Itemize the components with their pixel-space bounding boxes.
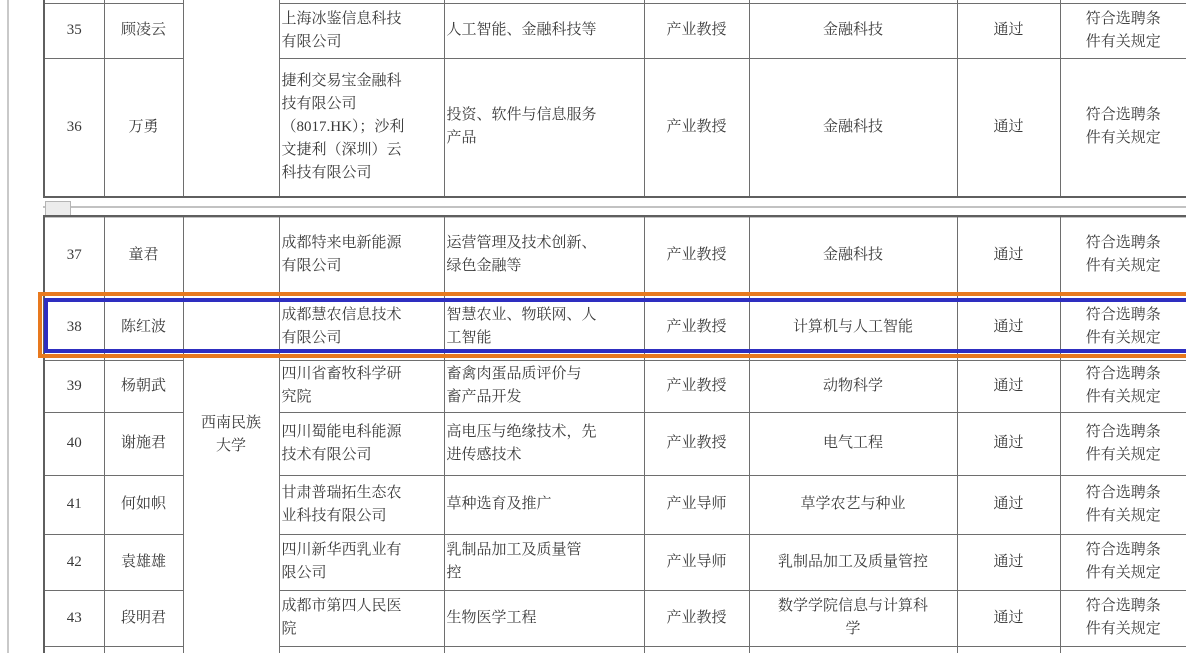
stub-cell bbox=[957, 646, 1060, 653]
cell-company: 四川新华西乳业有 限公司 bbox=[279, 534, 444, 590]
table-row: 37 童君 西南民族 大学 成都特来电新能源 有限公司 运营管理及技术创新、 绿… bbox=[44, 216, 1186, 294]
cell-position: 产业教授 bbox=[644, 294, 749, 360]
cell-position: 产业教授 bbox=[644, 58, 749, 197]
cell-company: 成都慧农信息技术 有限公司 bbox=[279, 294, 444, 360]
cell-note: 符合选聘条 件有关规定 bbox=[1060, 216, 1186, 294]
cell-name: 陈红波 bbox=[104, 294, 183, 360]
table-segment-upper: 35 顾凌云 上海冰鉴信息科技 有限公司 人工智能、金融科技等 产业教授 金融科… bbox=[43, 0, 1186, 198]
cell-company: 上海冰鉴信息科技 有限公司 bbox=[279, 3, 444, 58]
cell-result: 通过 bbox=[957, 216, 1060, 294]
cell-result: 通过 bbox=[957, 412, 1060, 475]
cell-position: 产业教授 bbox=[644, 360, 749, 412]
cell-note: 符合选聘条 件有关规定 bbox=[1060, 412, 1186, 475]
cell-company: 四川蜀能电科能源 技术有限公司 bbox=[279, 412, 444, 475]
cell-company: 成都市第四人民医 院 bbox=[279, 590, 444, 646]
cell-field: 乳制品加工及质量管 控 bbox=[444, 534, 644, 590]
table-split-handle bbox=[45, 201, 71, 216]
cell-note: 符合选聘条 件有关规定 bbox=[1060, 294, 1186, 360]
cell-department: 数学学院信息与计算科 学 bbox=[749, 590, 957, 646]
cell-company: 四川省畜牧科学研 究院 bbox=[279, 360, 444, 412]
cell-result: 通过 bbox=[957, 294, 1060, 360]
cell-result: 通过 bbox=[957, 475, 1060, 534]
cell-result: 通过 bbox=[957, 360, 1060, 412]
cell-result: 通过 bbox=[957, 590, 1060, 646]
stub-cell bbox=[644, 646, 749, 653]
stub-cell bbox=[1060, 646, 1186, 653]
cell-company: 甘肃普瑞拓生态农 业科技有限公司 bbox=[279, 475, 444, 534]
cell-name: 段明君 bbox=[104, 590, 183, 646]
cell-department: 电气工程 bbox=[749, 412, 957, 475]
document-page: 35 顾凌云 上海冰鉴信息科技 有限公司 人工智能、金融科技等 产业教授 金融科… bbox=[0, 0, 1186, 653]
table-segment-lower: 37 童君 西南民族 大学 成都特来电新能源 有限公司 运营管理及技术创新、 绿… bbox=[43, 215, 1186, 653]
cell-position: 产业教授 bbox=[644, 412, 749, 475]
cell-field: 畜禽肉蛋品质评价与 畜产品开发 bbox=[444, 360, 644, 412]
cell-name: 何如帜 bbox=[104, 475, 183, 534]
cell-note: 符合选聘条 件有关规定 bbox=[1060, 590, 1186, 646]
cell-name: 谢施君 bbox=[104, 412, 183, 475]
page-edge-line bbox=[7, 0, 9, 653]
cell-no: 35 bbox=[44, 3, 104, 58]
cell-department: 金融科技 bbox=[749, 3, 957, 58]
cell-name: 童君 bbox=[104, 216, 183, 294]
cell-company: 成都特来电新能源 有限公司 bbox=[279, 216, 444, 294]
cell-department: 动物科学 bbox=[749, 360, 957, 412]
stub-cell bbox=[104, 646, 183, 653]
cell-field: 生物医学工程 bbox=[444, 590, 644, 646]
cell-no: 40 bbox=[44, 412, 104, 475]
stub-cell bbox=[44, 646, 104, 653]
cell-position: 产业教授 bbox=[644, 216, 749, 294]
cell-result: 通过 bbox=[957, 534, 1060, 590]
cell-name: 万勇 bbox=[104, 58, 183, 197]
cell-note: 符合选聘条 件有关规定 bbox=[1060, 475, 1186, 534]
cell-no: 43 bbox=[44, 590, 104, 646]
cell-name: 顾凌云 bbox=[104, 3, 183, 58]
cell-no: 39 bbox=[44, 360, 104, 412]
cell-no: 42 bbox=[44, 534, 104, 590]
cell-no: 41 bbox=[44, 475, 104, 534]
cell-department: 计算机与人工智能 bbox=[749, 294, 957, 360]
cell-name: 袁雄雄 bbox=[104, 534, 183, 590]
cell-company: 捷利交易宝金融科 技有限公司 （8017.HK）；沙利 文捷利（深圳）云 科技有… bbox=[279, 58, 444, 197]
cell-no: 38 bbox=[44, 294, 104, 360]
cell-position: 产业导师 bbox=[644, 475, 749, 534]
cell-field: 智慧农业、物联网、人 工智能 bbox=[444, 294, 644, 360]
cell-field: 投资、软件与信息服务 产品 bbox=[444, 58, 644, 197]
cell-field: 人工智能、金融科技等 bbox=[444, 3, 644, 58]
cell-field: 高电压与绝缘技术，先 进传感技术 bbox=[444, 412, 644, 475]
cell-position: 产业教授 bbox=[644, 3, 749, 58]
cell-university-empty bbox=[183, 0, 279, 197]
cell-department: 草学农艺与种业 bbox=[749, 475, 957, 534]
cell-field: 草种选育及推广 bbox=[444, 475, 644, 534]
stub-cell bbox=[279, 646, 444, 653]
cell-university: 西南民族 大学 bbox=[183, 216, 279, 653]
cell-field: 运营管理及技术创新、 绿色金融等 bbox=[444, 216, 644, 294]
cell-note: 符合选聘条 件有关规定 bbox=[1060, 3, 1186, 58]
cell-result: 通过 bbox=[957, 3, 1060, 58]
cell-department: 金融科技 bbox=[749, 58, 957, 197]
stub-cell bbox=[749, 646, 957, 653]
cell-note: 符合选聘条 件有关规定 bbox=[1060, 58, 1186, 197]
cell-no: 36 bbox=[44, 58, 104, 197]
cell-position: 产业教授 bbox=[644, 590, 749, 646]
cell-position: 产业导师 bbox=[644, 534, 749, 590]
cell-department: 乳制品加工及质量管控 bbox=[749, 534, 957, 590]
cell-result: 通过 bbox=[957, 58, 1060, 197]
cell-no: 37 bbox=[44, 216, 104, 294]
stub-cell bbox=[444, 646, 644, 653]
cell-note: 符合选聘条 件有关规定 bbox=[1060, 360, 1186, 412]
cell-department: 金融科技 bbox=[749, 216, 957, 294]
cell-note: 符合选聘条 件有关规定 bbox=[1060, 534, 1186, 590]
cell-name: 杨朝武 bbox=[104, 360, 183, 412]
